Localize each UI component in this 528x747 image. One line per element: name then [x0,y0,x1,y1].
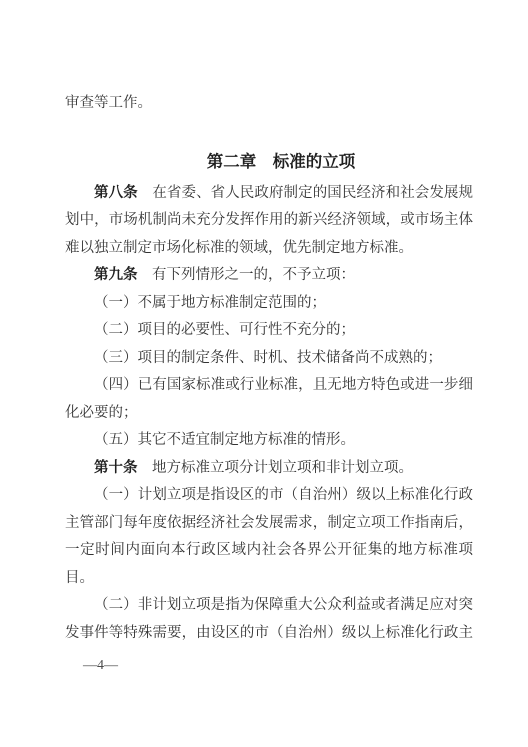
text-line-text: （一）不属于地方标准制定范围的； [94,295,326,311]
text-line-text: （一）计划立项是指设区的市（自治州）级以上标准化行政 [94,487,473,503]
text-line: （四）已有国家标准或行业标准，且无地方特色或进一步细 [65,372,473,400]
text-line-text: 化必要的； [65,405,138,421]
text-line: 划中，市场机制尚未充分发挥作用的新兴经济领域，或市场主体 [65,207,473,235]
text-line: 第八条 在省委、省人民政府制定的国民经济和社会发展规 [65,180,473,208]
text-line: 化必要的； [65,400,473,428]
chapter-heading: 第二章 标准的立项 [65,148,473,176]
text-line-text: 难以独立制定市场化标准的领域，优先制定地方标准。 [65,240,413,256]
text-line: 第九条 有下列情形之一的，不予立项： [65,262,473,290]
text-line: 难以独立制定市场化标准的领域，优先制定地方标准。 [65,235,473,263]
text-line-text: 发事件等特殊需要，由设区的市（自治州）级以上标准化行政主 [65,625,473,641]
text-line-text: 主管部门每年度依据经济社会发展需求，制定立项工作指南后， [65,515,473,531]
document-page: 审查等工作。第二章 标准的立项第八条 在省委、省人民政府制定的国民经济和社会发展… [0,0,528,747]
text-line-text: （五）其它不适宜制定地方标准的情形。 [94,432,355,448]
text-line: （一）计划立项是指设区的市（自治州）级以上标准化行政 [65,482,473,510]
text-line-text: （三）项目的制定条件、时机、技术储备尚不成熟的； [94,350,442,366]
text-line: （五）其它不适宜制定地方标准的情形。 [65,427,473,455]
text-line: 目。 [65,565,473,593]
text-line-text: （二）项目的必要性、可行性不充分的； [94,322,355,338]
article-label: 第十条 [94,460,138,476]
text-line-text: （二）非计划立项是指为保障重大公众利益或者满足应对突 [94,597,473,613]
text-line-text: 划中，市场机制尚未充分发挥作用的新兴经济领域，或市场主体 [65,212,473,228]
text-line-text: （四）已有国家标准或行业标准，且无地方特色或进一步细 [94,377,473,393]
text-line: 审查等工作。 [65,90,473,118]
text-line-text: 一定时间内面向本行政区域内社会各界公开征集的地方标准项 [65,542,473,558]
text-line-text: 有下列情形之一的，不予立项： [138,267,356,283]
text-line-text: 审查等工作。 [65,95,152,111]
article-label: 第八条 [94,185,138,201]
text-line: 主管部门每年度依据经济社会发展需求，制定立项工作指南后， [65,510,473,538]
text-line: 一定时间内面向本行政区域内社会各界公开征集的地方标准项 [65,537,473,565]
article-label: 第九条 [94,267,138,283]
text-line: （三）项目的制定条件、时机、技术储备尚不成熟的； [65,345,473,373]
text-line: 第十条 地方标准立项分计划立项和非计划立项。 [65,455,473,483]
document-content: 审查等工作。第二章 标准的立项第八条 在省委、省人民政府制定的国民经济和社会发展… [65,0,473,647]
text-line-text: 地方标准立项分计划立项和非计划立项。 [138,460,414,476]
text-line: 发事件等特殊需要，由设区的市（自治州）级以上标准化行政主 [65,620,473,648]
text-line: （二）非计划立项是指为保障重大公众利益或者满足应对突 [65,592,473,620]
text-line-text: 在省委、省人民政府制定的国民经济和社会发展规 [138,185,473,201]
page-number: —4— [83,659,528,673]
text-line-text: 目。 [65,570,94,586]
text-line: （二）项目的必要性、可行性不充分的； [65,317,473,345]
text-line: （一）不属于地方标准制定范围的； [65,290,473,318]
